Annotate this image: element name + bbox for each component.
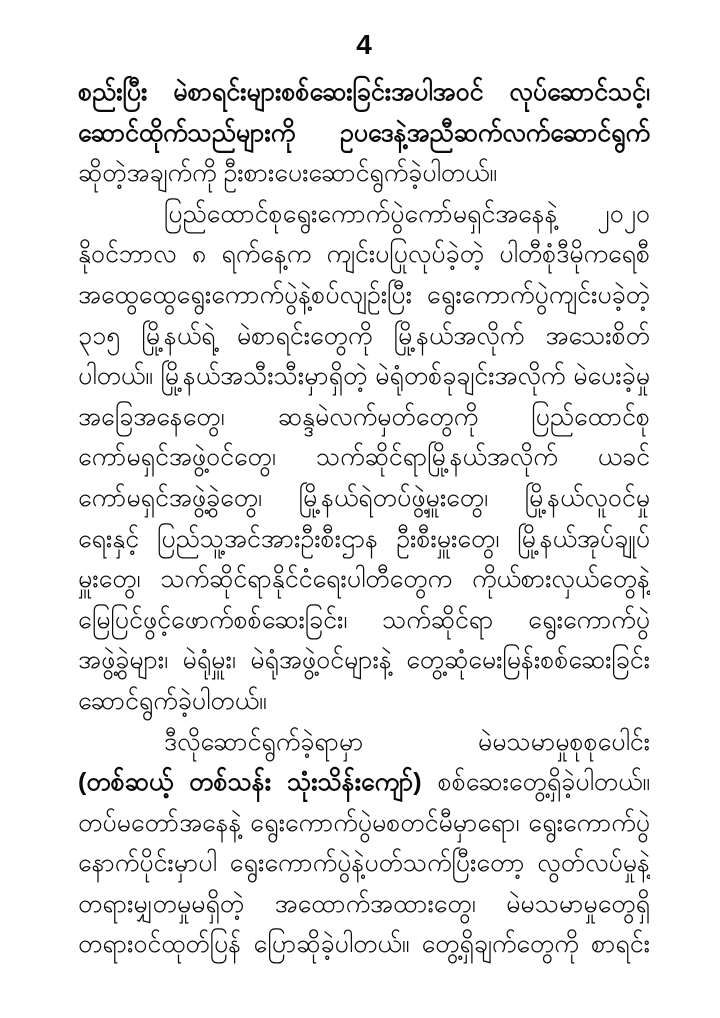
text-line: တရားမျှတမှုမရှိတဲ့ အထောက်အထားတွေ၊ မဲမသမာ…: [78, 884, 650, 925]
text-line: ကော်မရှင်အဖွဲ့ခွဲတွေ၊ မြို့နယ်ရဲတပ်ဖွဲ့မ…: [78, 478, 650, 519]
bold-text-segment: (တစ်ဆယ့် တစ်သန်း သုံးသိန်းကျော်): [78, 768, 422, 796]
text-segment: ၃၁၅ မြို့နယ်ရဲ့ မဲစာရင်းတွေကို မြို့နယ်အ…: [78, 322, 650, 357]
paragraph-inspection-paragraph: ပြည်ထောင်စုရွေးကောက်ပွဲကော်မရှင်အနေနဲ့ ၂…: [78, 194, 650, 722]
text-line: တပ်မတော်အနေနဲ့ ရွေးကောက်ပွဲမစတင်မီမှာရော…: [78, 803, 650, 844]
text-line: ဆိုတဲ့အချက်ကို ဦးစားပေးဆောင်ရွက်ခဲ့ပါတယ်…: [78, 153, 650, 194]
text-line: တရားဝင်ထုတ်ပြန် ပြောဆိုခဲ့ပါတယ်။ တွေ့ရှိ…: [78, 924, 650, 965]
text-line: ကော်မရှင်အဖွဲ့ဝင်တွေ၊ သက်ဆိုင်ရာမြို့နယ်…: [78, 437, 650, 478]
text-segment: တရားဝင်ထုတ်ပြန် ပြောဆိုခဲ့ပါတယ်။ တွေ့ရှိ…: [78, 930, 650, 965]
text-line: ဆောင်ထိုက်သည်များကို ဥပဒေနဲ့အညီဆက်လက်ဆော…: [78, 113, 650, 154]
text-segment: အခြေအနေတွေ၊ ဆန္ဒမဲလက်မှတ်တွေကို ပြည်ထောင…: [78, 403, 650, 438]
text-segment: ပြည်ထောင်စုရွေးကောက်ပွဲကော်မရှင်အနေနဲ့ ၂…: [78, 200, 650, 235]
text-segment: ဆောင်ရွက်ခဲ့ပါတယ်။: [78, 687, 267, 715]
text-line: နောက်ပိုင်းမှာပါ ရွေးကောက်ပွဲနဲ့ပတ်သက်ပြ…: [78, 843, 650, 884]
text-line: (တစ်ဆယ့် တစ်သန်း သုံးသိန်းကျော်) စစ်ဆေးတ…: [78, 762, 650, 803]
paragraph-findings-paragraph: ဒီလိုဆောင်ရွက်ခဲ့ရာမှာ မဲမသမာမှုစုစုပေါင…: [78, 722, 650, 966]
document-page: 4 စည်းပြီး မဲစာရင်းများစစ်ဆေးခြင်းအပါအဝင…: [0, 0, 720, 1018]
text-line: နိုဝင်ဘာလ ၈ ရက်နေ့က ကျင်းပပြုလုပ်ခဲ့တဲ့ …: [78, 234, 650, 275]
text-segment: ကော်မရှင်အဖွဲ့ခွဲတွေ၊ မြို့နယ်ရဲတပ်ဖွဲ့မ…: [78, 484, 650, 519]
text-line: ဒီလိုဆောင်ရွက်ခဲ့ရာမှာ မဲမသမာမှုစုစုပေါင…: [78, 722, 650, 763]
text-line: ဆောင်ရွက်ခဲ့ပါတယ်။: [78, 681, 650, 722]
text-line: ပြည်ထောင်စုရွေးကောက်ပွဲကော်မရှင်အနေနဲ့ ၂…: [78, 194, 650, 235]
text-segment: တရားမျှတမှုမရှိတဲ့ အထောက်အထားတွေ၊ မဲမသမာ…: [78, 890, 650, 925]
text-segment: ဒီလိုဆောင်ရွက်ခဲ့ရာမှာ မဲမသမာမှုစုစုပေါင…: [164, 728, 650, 756]
text-line: အဖွဲ့ခွဲများ၊ မဲရုံမှူး၊ မဲရုံအဖွဲ့ဝင်မျ…: [78, 640, 650, 681]
text-segment: နိုဝင်ဘာလ ၈ ရက်နေ့က ကျင်းပပြုလုပ်ခဲ့တဲ့ …: [78, 240, 650, 268]
text-segment: ဆိုတဲ့အချက်ကို ဦးစားပေးဆောင်ရွက်ခဲ့ပါတယ်…: [78, 159, 497, 187]
text-line: စည်းပြီး မဲစာရင်းများစစ်ဆေးခြင်းအပါအဝင် …: [78, 72, 650, 113]
text-line: မြေပြင်ဖွင့်ဖောက်စစ်ဆေးခြင်း၊ သက်ဆိုင်ရာ…: [78, 600, 650, 641]
text-line: အခြေအနေတွေ၊ ဆန္ဒမဲလက်မှတ်တွေကို ပြည်ထောင…: [78, 397, 650, 438]
text-segment: အထွေထွေရွေးကောက်ပွဲနဲ့စပ်လျဉ်းပြီး ရွေးက…: [78, 281, 650, 316]
text-segment: မှူးတွေ၊ သက်ဆိုင်ရာနိုင်ငံရေးပါတီတွေက ကိ…: [78, 565, 650, 600]
text-segment: အဖွဲ့ခွဲများ၊ မဲရုံမှူး၊ မဲရုံအဖွဲ့ဝင်မျ…: [78, 646, 650, 681]
paragraph-quote-paragraph: စည်းပြီး မဲစာရင်းများစစ်ဆေးခြင်းအပါအဝင် …: [78, 72, 650, 194]
text-line: အထွေထွေရွေးကောက်ပွဲနဲ့စပ်လျဉ်းပြီး ရွေးက…: [78, 275, 650, 316]
bold-text-segment: စည်းပြီး မဲစာရင်းများစစ်ဆေးခြင်းအပါအဝင် …: [78, 78, 650, 113]
text-line: ရေးနှင့် ပြည်သူ့အင်အားဦးစီးဌာန ဦးစီးမှူး…: [78, 519, 650, 560]
text-segment: ပါတယ်။ မြို့နယ်အသီးသီးမှာရှိတဲ့ မဲရုံတစ်…: [78, 362, 650, 390]
text-segment: ကော်မရှင်အဖွဲ့ဝင်တွေ၊ သက်ဆိုင်ရာမြို့နယ်…: [78, 443, 650, 478]
text-line: ၃၁၅ မြို့နယ်ရဲ့ မဲစာရင်းတွေကို မြို့နယ်အ…: [78, 316, 650, 357]
page-number: 4: [78, 28, 650, 62]
text-line: မှူးတွေ၊ သက်ဆိုင်ရာနိုင်ငံရေးပါတီတွေက ကိ…: [78, 559, 650, 600]
text-segment: စစ်ဆေးတွေ့ရှိခဲ့ပါတယ်။: [422, 768, 650, 796]
text-segment: မြေပြင်ဖွင့်ဖောက်စစ်ဆေးခြင်း၊ သက်ဆိုင်ရာ…: [78, 606, 650, 641]
text-segment: နောက်ပိုင်းမှာပါ ရွေးကောက်ပွဲနဲ့ပတ်သက်ပြ…: [78, 849, 650, 877]
text-segment: တပ်မတော်အနေနဲ့ ရွေးကောက်ပွဲမစတင်မီမှာရော…: [78, 809, 650, 844]
bold-text-segment: ဆောင်ထိုက်သည်များကို ဥပဒေနဲ့အညီဆက်လက်ဆော…: [78, 119, 650, 154]
text-segment: ရေးနှင့် ပြည်သူ့အင်အားဦးစီးဌာန ဦးစီးမှူး…: [78, 525, 650, 560]
document-body: စည်းပြီး မဲစာရင်းများစစ်ဆေးခြင်းအပါအဝင် …: [78, 72, 650, 965]
text-line: ပါတယ်။ မြို့နယ်အသီးသီးမှာရှိတဲ့ မဲရုံတစ်…: [78, 356, 650, 397]
